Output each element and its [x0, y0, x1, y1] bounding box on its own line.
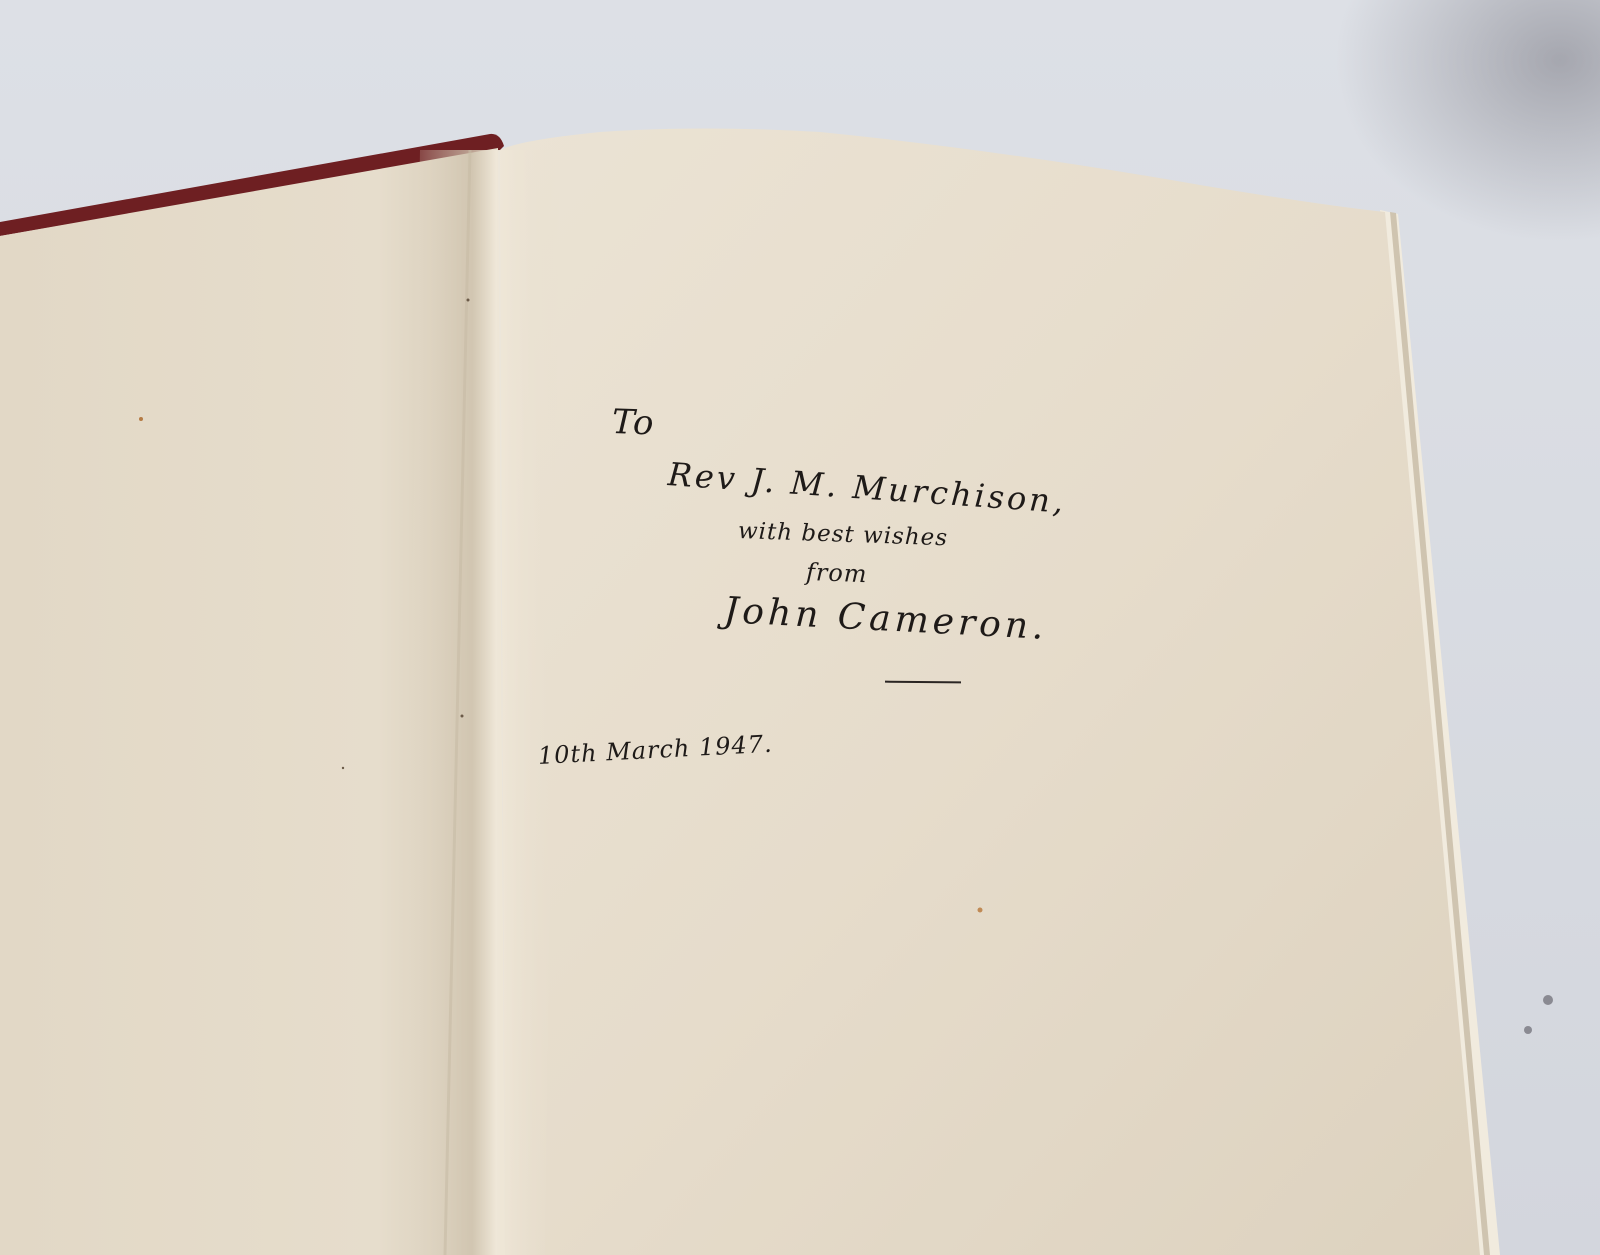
inscription-from: from — [806, 558, 869, 588]
photo-scene: To Rev J. M. Murchison, with best wishes… — [0, 0, 1600, 1255]
gutter — [400, 150, 560, 1255]
inscription-salutation: To — [611, 402, 655, 443]
right-endpaper — [500, 129, 1480, 1255]
